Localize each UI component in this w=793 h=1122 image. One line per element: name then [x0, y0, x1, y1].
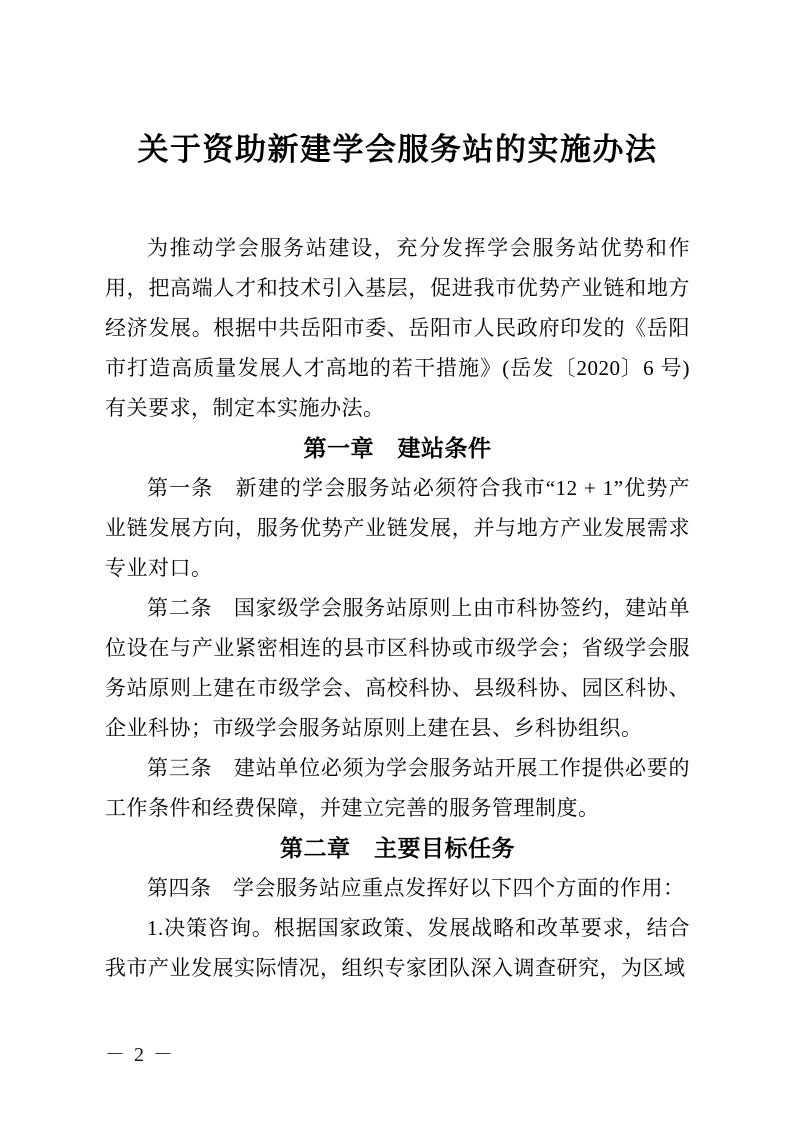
chapter-heading-1: 第一章 建站条件 [105, 428, 690, 468]
article-2: 第二条 国家级学会服务站原则上由市科协签约，建站单位设在与产业紧密相连的县市区科… [105, 588, 690, 748]
chapter-heading-2: 第二章 主要目标任务 [105, 828, 690, 868]
document-body: 为推动学会服务站建设，充分发挥学会服务站优势和作用，把高端人才和技术引入基层，促… [105, 228, 690, 988]
page-number: － 2 － [105, 1038, 175, 1067]
article-4: 第四条 学会服务站应重点发挥好以下四个方面的作用： [105, 868, 690, 908]
paragraph-item-1: 1.决策咨询。根据国家政策、发展战略和改革要求，结合我市产业发展实际情况，组织专… [105, 908, 690, 988]
document-title: 关于资助新建学会服务站的实施办法 [105, 126, 690, 174]
document-page: 关于资助新建学会服务站的实施办法 为推动学会服务站建设，充分发挥学会服务站优势和… [0, 0, 793, 1122]
article-3: 第三条 建站单位必须为学会服务站开展工作提供必要的工作条件和经费保障，并建立完善… [105, 748, 690, 828]
paragraph-intro: 为推动学会服务站建设，充分发挥学会服务站优势和作用，把高端人才和技术引入基层，促… [105, 228, 690, 428]
article-1: 第一条 新建的学会服务站必须符合我市“12 + 1”优势产业链发展方向，服务优势… [105, 468, 690, 588]
